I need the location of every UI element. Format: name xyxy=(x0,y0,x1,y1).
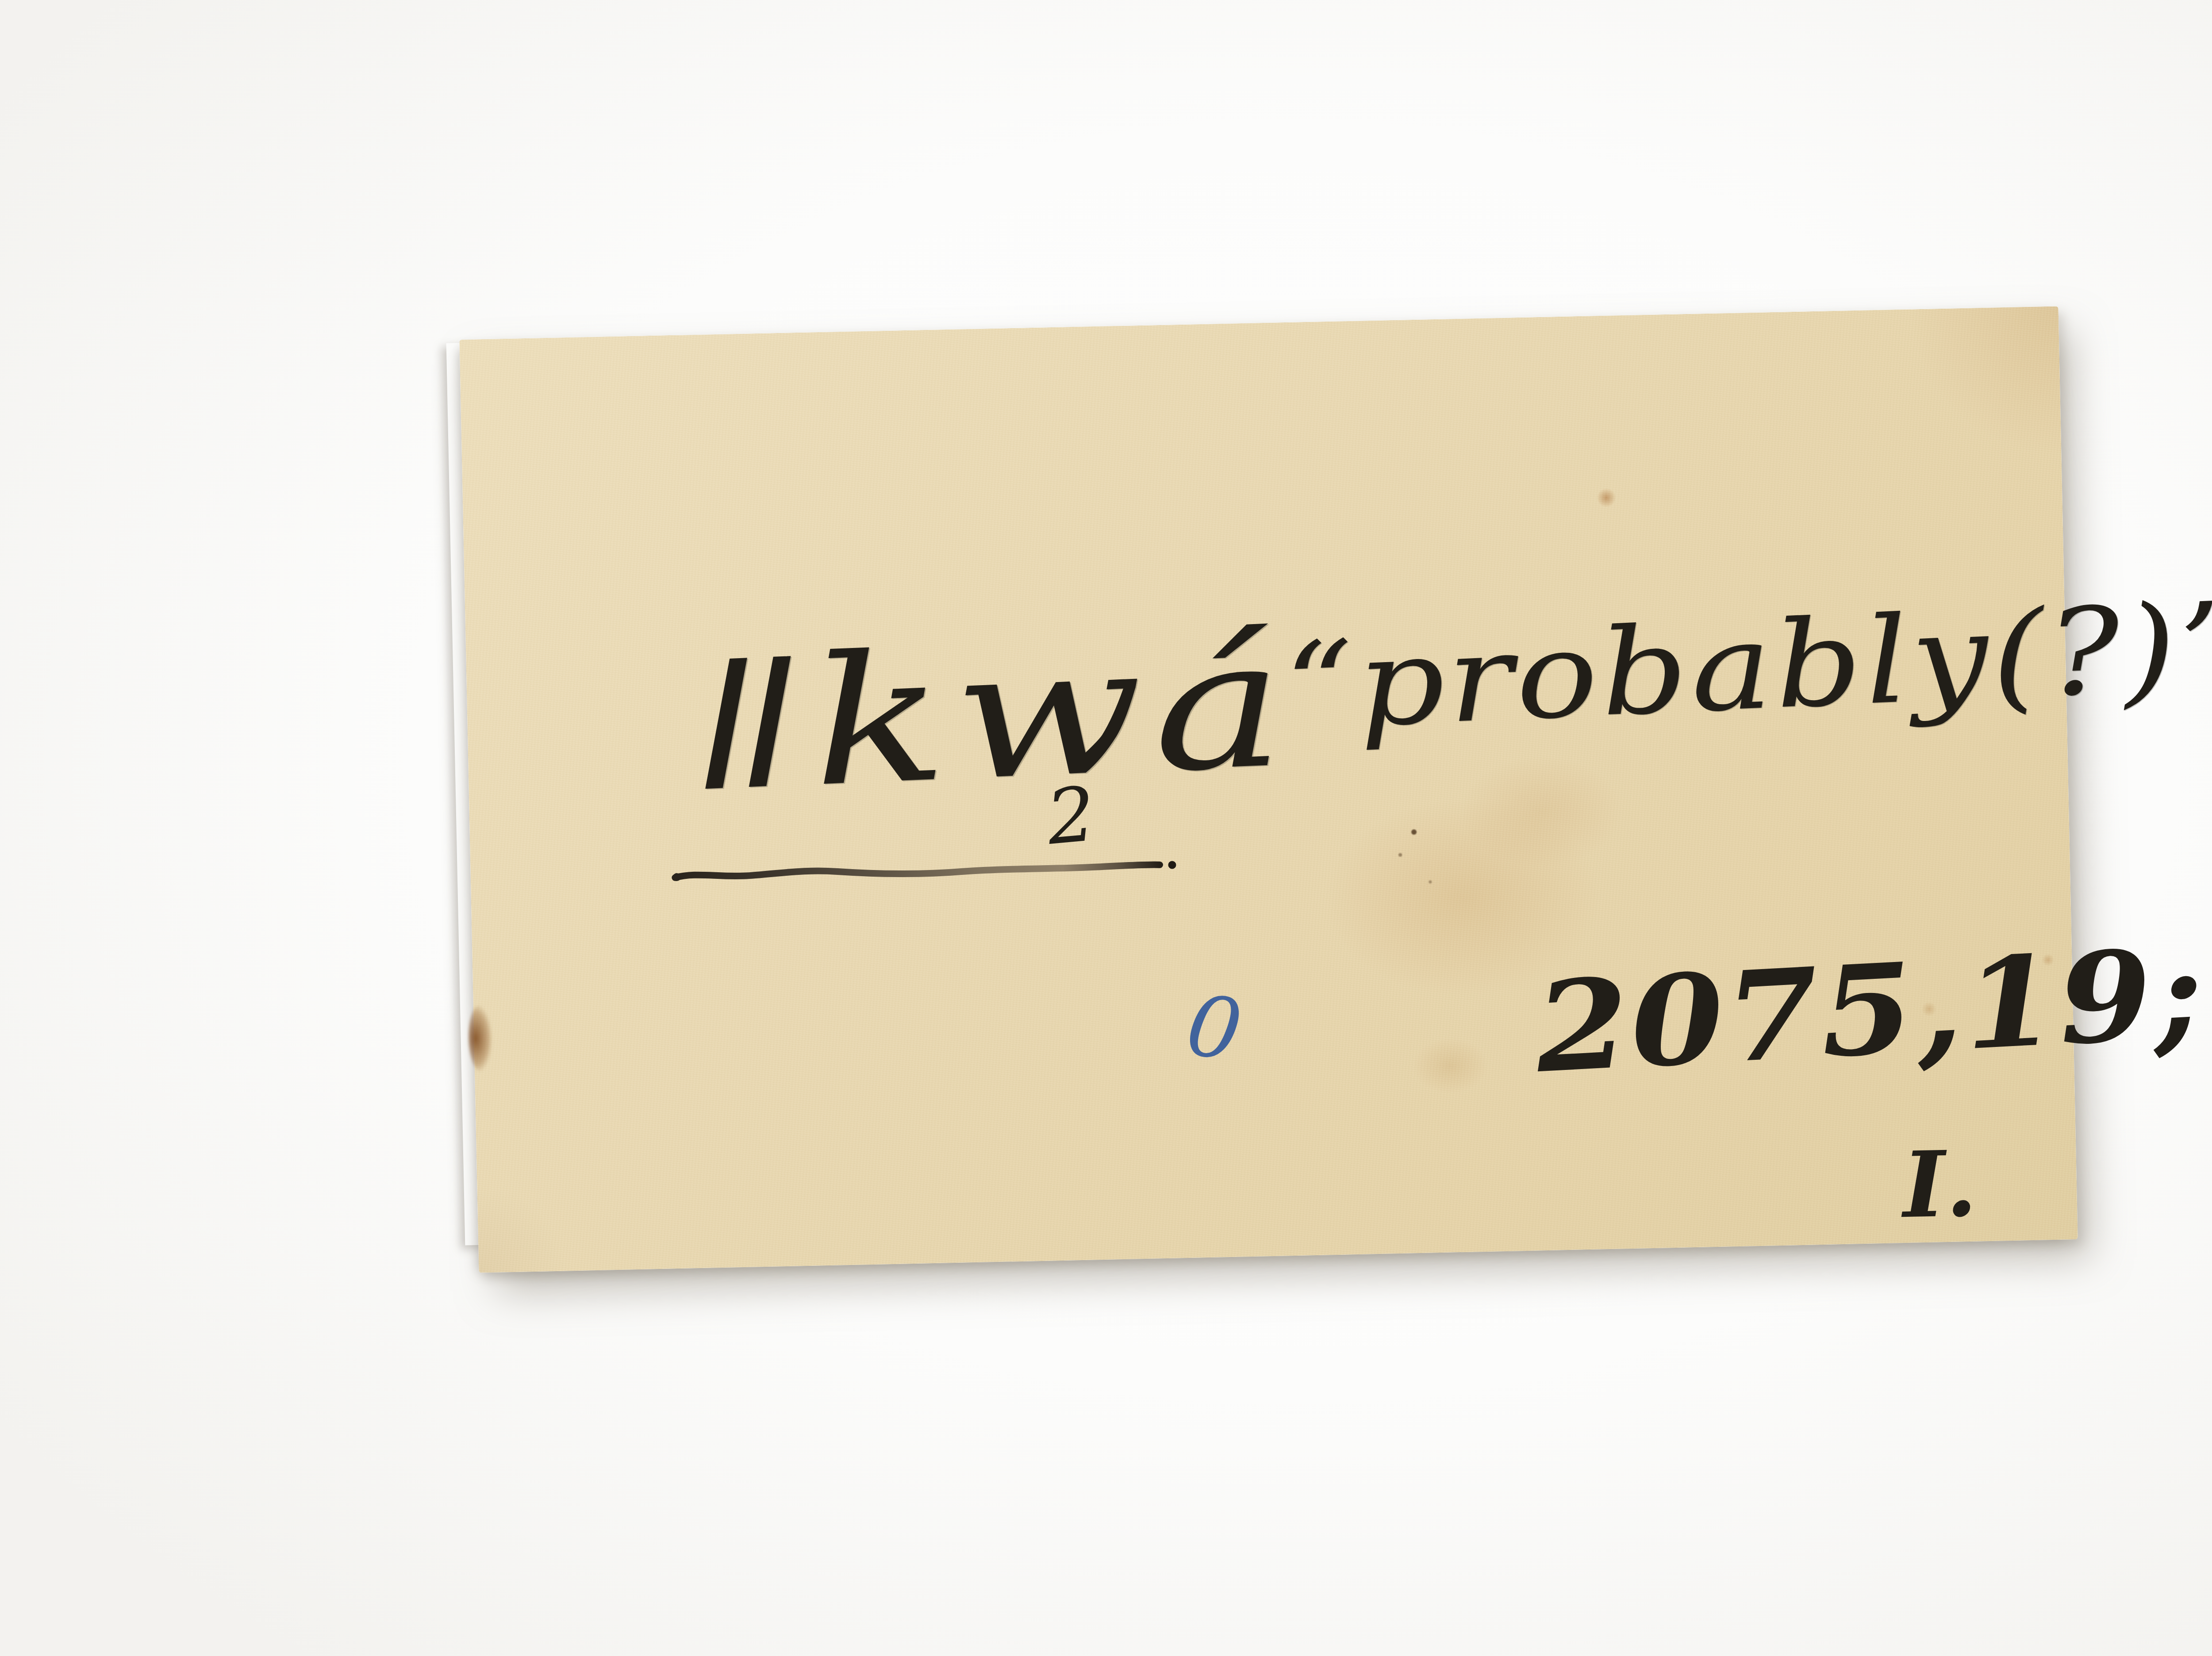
handwritten-volume-mark: I. xyxy=(1902,1139,1978,1231)
handwritten-subscript-mark: 2 xyxy=(1044,777,1098,856)
handwritten-catalog-number: 2075,19; xyxy=(1532,931,2208,1090)
index-card: ǁkwá 2 “probably(?)” 0 2075,19; I. xyxy=(459,306,2078,1273)
photograph-background: ǁkwá 2 “probably(?)” 0 2075,19; I. xyxy=(0,0,2212,1656)
handwritten-main-word: ǁkwá xyxy=(689,615,1298,817)
